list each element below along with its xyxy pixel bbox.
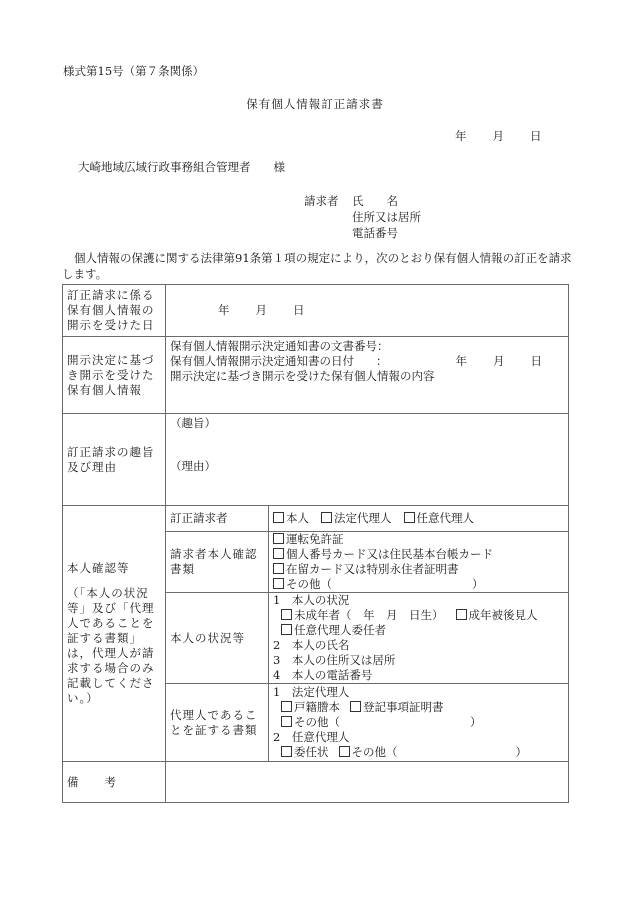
status-heading: 1 本人の状況 xyxy=(273,593,564,608)
remarks-field[interactable] xyxy=(166,762,569,803)
year-label: 年 xyxy=(455,129,467,143)
principal-name-line: 2 本人の氏名 xyxy=(273,638,564,653)
principal-address-line: 3 本人の住所又は居所 xyxy=(273,653,564,668)
checkbox-icon xyxy=(273,563,284,574)
checkbox-icon xyxy=(281,609,292,620)
checkbox-icon xyxy=(281,624,292,635)
checkbox-icon xyxy=(273,533,284,544)
requester-type-options: 本人法定代理人任意代理人 xyxy=(269,506,569,532)
option-adult-ward[interactable]: 成年被後見人 xyxy=(456,608,538,622)
disclosed-info-label: 開示決定に基づき開示を受けた保有個人情報 xyxy=(63,337,166,414)
checkbox-icon xyxy=(404,512,415,523)
notice-number-line: 保有個人情報開示決定通知書の文書番号： xyxy=(170,339,564,354)
requester-address-field[interactable]: 住所又は居所 xyxy=(352,210,421,224)
document-title: 保有個人情報訂正請求書 xyxy=(0,97,630,111)
option-voluntary-principal[interactable]: 任意代理人委任者 xyxy=(273,623,564,638)
row-purpose-reason: 訂正請求の趣旨及び理由 （趣旨） （理由） xyxy=(63,414,569,506)
month-label: 月 xyxy=(493,129,505,143)
identity-label-cell: 本人確認等 （「本人の状況等」及び「代理人であることを証する書類」は，代理人が請… xyxy=(63,506,166,762)
checkbox-icon xyxy=(273,548,284,559)
intro-text: 個人情報の保護に関する法律第91条第１項の規定により，次のとおり保有個人情報の訂… xyxy=(62,250,572,282)
id-documents-label: 請求者本人確認書類 xyxy=(166,532,269,593)
form-number: 様式第15号（第７条関係） xyxy=(63,64,204,78)
option-power-of-attorney[interactable]: 委任状 xyxy=(281,745,329,759)
requester-name-field[interactable]: 氏 名 xyxy=(352,194,398,208)
remarks-label: 備 考 xyxy=(63,762,166,803)
option-voluntary-other[interactable]: その他（） xyxy=(339,745,528,759)
checkbox-icon xyxy=(281,701,292,712)
requester-type-label: 訂正請求者 xyxy=(166,506,269,532)
identity-note: （「本人の状況等」及び「代理人であることを証する書類」は，代理人が請求する場合の… xyxy=(67,586,161,706)
row-disclosed-info: 開示決定に基づき開示を受けた保有個人情報 保有個人情報開示決定通知書の文書番号：… xyxy=(63,337,569,414)
option-minor[interactable]: 未成年者（ 年 月 日生） xyxy=(281,608,444,622)
checkbox-icon xyxy=(350,701,361,712)
option-my-number-card[interactable]: 個人番号カード又は住民基本台帳カード xyxy=(273,547,564,562)
requester-block: 請求者氏 名 住所又は居所 電話番号 xyxy=(304,193,421,241)
addressee: 大崎地域広域行政事務組合管理者 様 xyxy=(78,160,285,174)
checkbox-icon xyxy=(456,609,467,620)
request-form-table: 訂正請求に係る保有個人情報の開示を受けた日 年月日 開示決定に基づき開示を受けた… xyxy=(62,284,569,803)
identity-label: 本人確認等 xyxy=(67,561,161,576)
id-documents-options: 運転免許証 個人番号カード又は住民基本台帳カード 在留カード又は特別永住者証明書… xyxy=(269,532,569,593)
principal-status-options: 1 本人の状況 未成年者（ 年 月 日生）成年被後見人 任意代理人委任者 2 本… xyxy=(269,593,569,684)
purpose-reason-label: 訂正請求の趣旨及び理由 xyxy=(63,414,166,506)
option-voluntary-agent[interactable]: 任意代理人 xyxy=(404,511,475,525)
row-requester-type: 本人確認等 （「本人の状況等」及び「代理人であることを証する書類」は，代理人が請… xyxy=(63,506,569,532)
row-remarks: 備 考 xyxy=(63,762,569,803)
agent-docs-label: 代理人であることを証する書類 xyxy=(166,684,269,762)
request-date: 年月日 xyxy=(455,129,542,143)
requester-phone-field[interactable]: 電話番号 xyxy=(352,226,398,240)
disclosure-date-label: 訂正請求に係る保有個人情報の開示を受けた日 xyxy=(63,285,166,337)
checkbox-icon xyxy=(281,716,292,727)
requester-label: 請求者 xyxy=(304,193,352,209)
principal-phone-line: 4 本人の電話番号 xyxy=(273,668,564,683)
row-disclosure-date: 訂正請求に係る保有個人情報の開示を受けた日 年月日 xyxy=(63,285,569,337)
option-family-register[interactable]: 戸籍謄本 xyxy=(281,700,340,714)
reason-label: （理由） xyxy=(170,459,564,474)
voluntary-agent-heading: 2 任意代理人 xyxy=(273,730,564,745)
day-label: 日 xyxy=(530,129,542,143)
option-other-id[interactable]: その他（） xyxy=(273,577,564,592)
purpose-label: （趣旨） xyxy=(170,416,564,431)
principal-status-label: 本人の状況等 xyxy=(166,593,269,684)
disclosed-content-line: 開示決定に基づき開示を受けた保有個人情報の内容 xyxy=(170,369,564,384)
disclosed-info-field[interactable]: 保有個人情報開示決定通知書の文書番号： 保有個人情報開示決定通知書の日付：年月日… xyxy=(166,337,569,414)
notice-date-line: 保有個人情報開示決定通知書の日付：年月日 xyxy=(170,354,564,369)
option-self[interactable]: 本人 xyxy=(273,511,309,525)
option-registry-certificate[interactable]: 登記事項証明書 xyxy=(350,700,444,714)
checkbox-icon xyxy=(273,512,284,523)
checkbox-icon xyxy=(281,746,292,757)
option-drivers-license[interactable]: 運転免許証 xyxy=(273,532,564,547)
option-residence-card[interactable]: 在留カード又は特別永住者証明書 xyxy=(273,562,564,577)
checkbox-icon xyxy=(321,512,332,523)
option-legal-other[interactable]: その他（） xyxy=(273,715,564,730)
purpose-reason-field[interactable]: （趣旨） （理由） xyxy=(166,414,569,506)
disclosure-date-field[interactable]: 年月日 xyxy=(166,285,569,337)
option-legal-agent[interactable]: 法定代理人 xyxy=(321,511,392,525)
legal-agent-heading: 1 法定代理人 xyxy=(273,685,564,700)
agent-docs-options: 1 法定代理人 戸籍謄本登記事項証明書 その他（） 2 任意代理人 委任状その他… xyxy=(269,684,569,762)
checkbox-icon xyxy=(273,578,284,589)
checkbox-icon xyxy=(339,746,350,757)
